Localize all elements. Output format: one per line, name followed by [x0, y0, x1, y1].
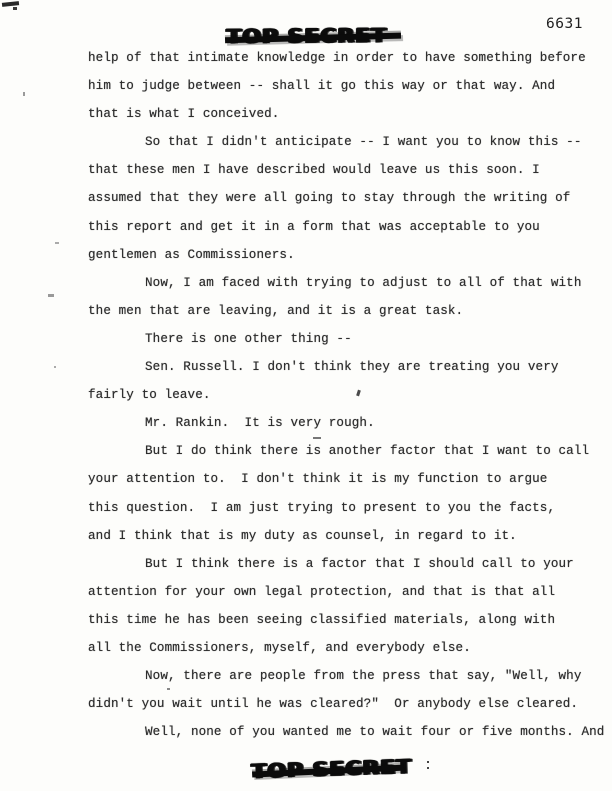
transcript-line: this question. I am just trying to prese… — [88, 494, 598, 522]
top-secret-stamp-bottom: TOP SECRET — [254, 755, 409, 784]
scan-artifact — [54, 366, 56, 368]
transcript-line: that is what I conceived. — [88, 100, 598, 128]
transcript-line: Well, none of you wanted me to wait four… — [88, 718, 598, 746]
transcript-line: this time he has been seeing classified … — [88, 606, 598, 634]
transcript-line: this report and get it in a form that wa… — [88, 213, 598, 241]
transcript-line: But I think there is a factor that I sho… — [88, 550, 598, 578]
page-number: 6631 — [546, 16, 583, 32]
transcript-line: fairly to leave. — [88, 381, 598, 409]
transcript-line: didn't you wait until he was cleared?" O… — [88, 690, 598, 718]
transcript-line: him to judge between -- shall it go this… — [88, 72, 598, 100]
transcript-line: the men that are leaving, and it is a gr… — [88, 297, 598, 325]
transcript-line: and I think that is my duty as counsel, … — [88, 522, 598, 550]
scan-artifact — [2, 1, 19, 7]
scanned-document-page: TOP SECRET 6631 help of that intimate kn… — [0, 0, 612, 791]
transcript-line: Now, I am faced with trying to adjust to… — [88, 269, 598, 297]
transcript-line: that these men I have described would le… — [88, 156, 598, 184]
scan-artifact — [167, 688, 170, 690]
scan-artifact — [55, 242, 59, 244]
transcript-line: gentlemen as Commissioners. — [88, 241, 598, 269]
transcript-line: But I do think there is another factor t… — [88, 437, 598, 465]
transcript-body: help of that intimate knowledge in order… — [88, 44, 598, 746]
transcript-line: all the Commissioners, myself, and every… — [88, 634, 598, 662]
scan-artifact — [48, 294, 54, 297]
scan-artifact — [13, 7, 17, 10]
scan-artifact — [23, 92, 25, 96]
transcript-line: Mr. Rankin. It is very rough. — [88, 409, 598, 437]
transcript-line: So that I didn't anticipate -- I want yo… — [88, 128, 598, 156]
transcript-line: attention for your own legal protection,… — [88, 578, 598, 606]
transcript-line: help of that intimate knowledge in order… — [88, 44, 598, 72]
transcript-line: your attention to. I don't think it is m… — [88, 465, 598, 493]
transcript-line: assumed that they were all going to stay… — [88, 184, 598, 212]
scan-artifact — [427, 761, 429, 763]
scan-artifact — [313, 437, 321, 439]
transcript-line: Sen. Russell. I don't think they are tre… — [88, 353, 598, 381]
transcript-line: Now, there are people from the press tha… — [88, 662, 598, 690]
transcript-line: There is one other thing -- — [88, 325, 598, 353]
